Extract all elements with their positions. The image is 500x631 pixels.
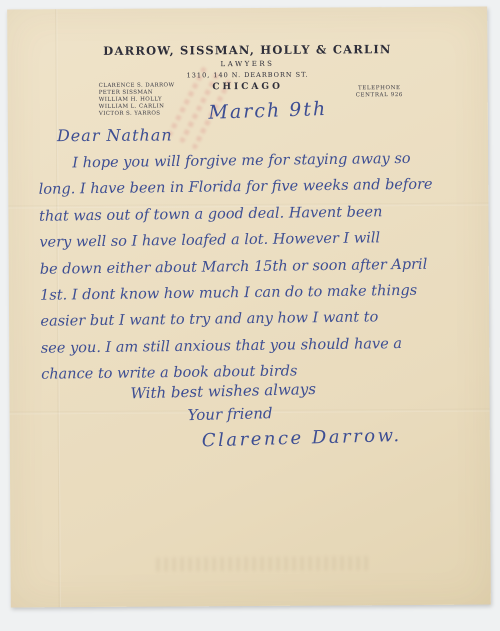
signature: Clarence Darrow. <box>202 425 402 451</box>
firm-address: 1310, 140 N. DEARBORN ST. <box>8 70 488 81</box>
letterhead: DARROW, SISSMAN, HOLLY & CARLIN LAWYERS … <box>7 42 487 94</box>
signoff-line: Your friend <box>187 404 272 424</box>
firm-name: DARROW, SISSMAN, HOLLY & CARLIN <box>7 42 487 59</box>
faint-bottom-smudge <box>157 556 369 571</box>
salutation: Dear Nathan <box>57 125 173 145</box>
handwritten-date: March 9th <box>167 97 368 125</box>
body-line: long. I have been in Florida for five we… <box>39 172 467 204</box>
firm-city: CHICAGO <box>8 81 488 94</box>
letter-body: I hope you will forgive me for staying a… <box>38 145 469 388</box>
partner-name: VICTOR S. YARROS <box>99 110 175 117</box>
firm-subtitle: LAWYERS <box>7 59 487 70</box>
scan-background: DARROW, SISSMAN, HOLLY & CARLIN LAWYERS … <box>0 0 500 631</box>
partner-list: CLARENCE S. DARROW PETER SISSMAN WILLIAM… <box>99 82 175 117</box>
closing-line: With best wishes always <box>130 380 316 402</box>
letter-paper: DARROW, SISSMAN, HOLLY & CARLIN LAWYERS … <box>7 7 491 608</box>
